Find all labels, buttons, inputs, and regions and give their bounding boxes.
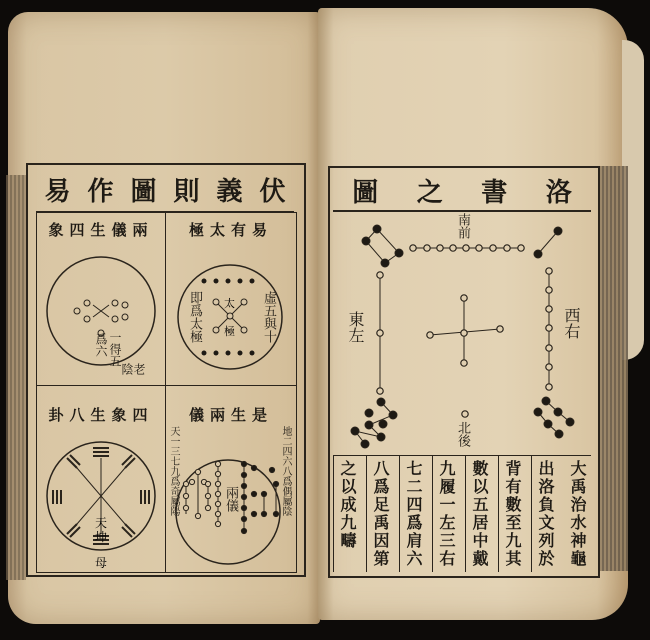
- text-column: 數以五居中戴: [465, 456, 493, 572]
- commentary-text: 大禹治水神龜 出洛負文列於 背有數至九其 數以五居中戴 九履一左三右 七二四爲肩…: [333, 456, 591, 570]
- text-column: 背有數至九其: [498, 456, 526, 572]
- label-south: 南前: [456, 213, 469, 239]
- diagram-cell-supreme-ultimate: 極太有易 即爲太極 虛五與十 太 極: [165, 212, 297, 386]
- right-page-edge: [598, 166, 628, 571]
- title-char: 書: [481, 172, 507, 209]
- title-char: 則: [173, 171, 199, 208]
- center-bottom: 極: [224, 323, 235, 339]
- title-char: 圖: [352, 172, 378, 209]
- text-column: 九履一左三右: [432, 456, 460, 572]
- diagram-label: 爲六: [95, 333, 107, 357]
- diagram-cell-four-images-eight-trigrams: 卦八生象四 天 坤 母: [36, 385, 166, 573]
- two-modes-diagram: [166, 386, 296, 572]
- diagram-label: 一得五: [109, 331, 121, 367]
- luoshu-dots: [333, 211, 591, 455]
- diagram-cell-two-modes-four-images: 象四生儀兩 一得五 爲六 老陰: [36, 212, 166, 386]
- text-column: 大禹治水神龜: [564, 456, 591, 572]
- title-char: 圖: [130, 171, 156, 208]
- title-char: 義: [216, 171, 242, 208]
- left-page-edge: [6, 175, 26, 580]
- title-char: 伏: [259, 171, 285, 208]
- circle-diagram: [37, 213, 165, 385]
- title-char: 易: [44, 171, 70, 208]
- open-book: 易 作 圖 則 義 伏 象四生儀兩 一得五 爲六 老陰 極太有易: [0, 0, 650, 640]
- label-earth: 坤: [95, 528, 107, 545]
- text-column: 七二四爲肩六: [399, 456, 427, 572]
- label-earth-even: 地二四六八爲偶屬陰: [280, 426, 290, 516]
- label-east: 東左: [347, 311, 363, 343]
- left-page-title: 易 作 圖 則 義 伏: [36, 167, 294, 213]
- label-west: 西右: [563, 307, 579, 339]
- title-char: 之: [417, 172, 443, 209]
- luoshu-diagram: 南前 北後 東左 西右: [333, 211, 591, 456]
- label-north: 北後: [456, 421, 469, 447]
- title-char: 洛: [546, 172, 572, 209]
- label-mother: 母: [95, 554, 107, 571]
- right-page-title: 圖 之 書 洛: [333, 170, 591, 212]
- label-heaven-odd: 天一三七九爲奇屬陽: [168, 426, 178, 516]
- text-column: 出洛負文列於: [531, 456, 559, 572]
- title-char: 作: [87, 171, 113, 208]
- label-right: 虛五與十: [262, 291, 275, 343]
- center-top: 太: [224, 295, 235, 311]
- diagram-cell-two-modes: 儀兩生是 兩儀 天一三七九爲奇屬陽 地二四六八爲偶屬陰: [165, 385, 297, 573]
- text-column: 八爲足禹因第: [366, 456, 394, 572]
- center-label: 兩儀: [224, 486, 237, 512]
- diagram-label: 老陰: [121, 363, 145, 385]
- label-left: 即爲太極: [188, 291, 201, 343]
- text-column: 之以成九疇: [333, 456, 361, 572]
